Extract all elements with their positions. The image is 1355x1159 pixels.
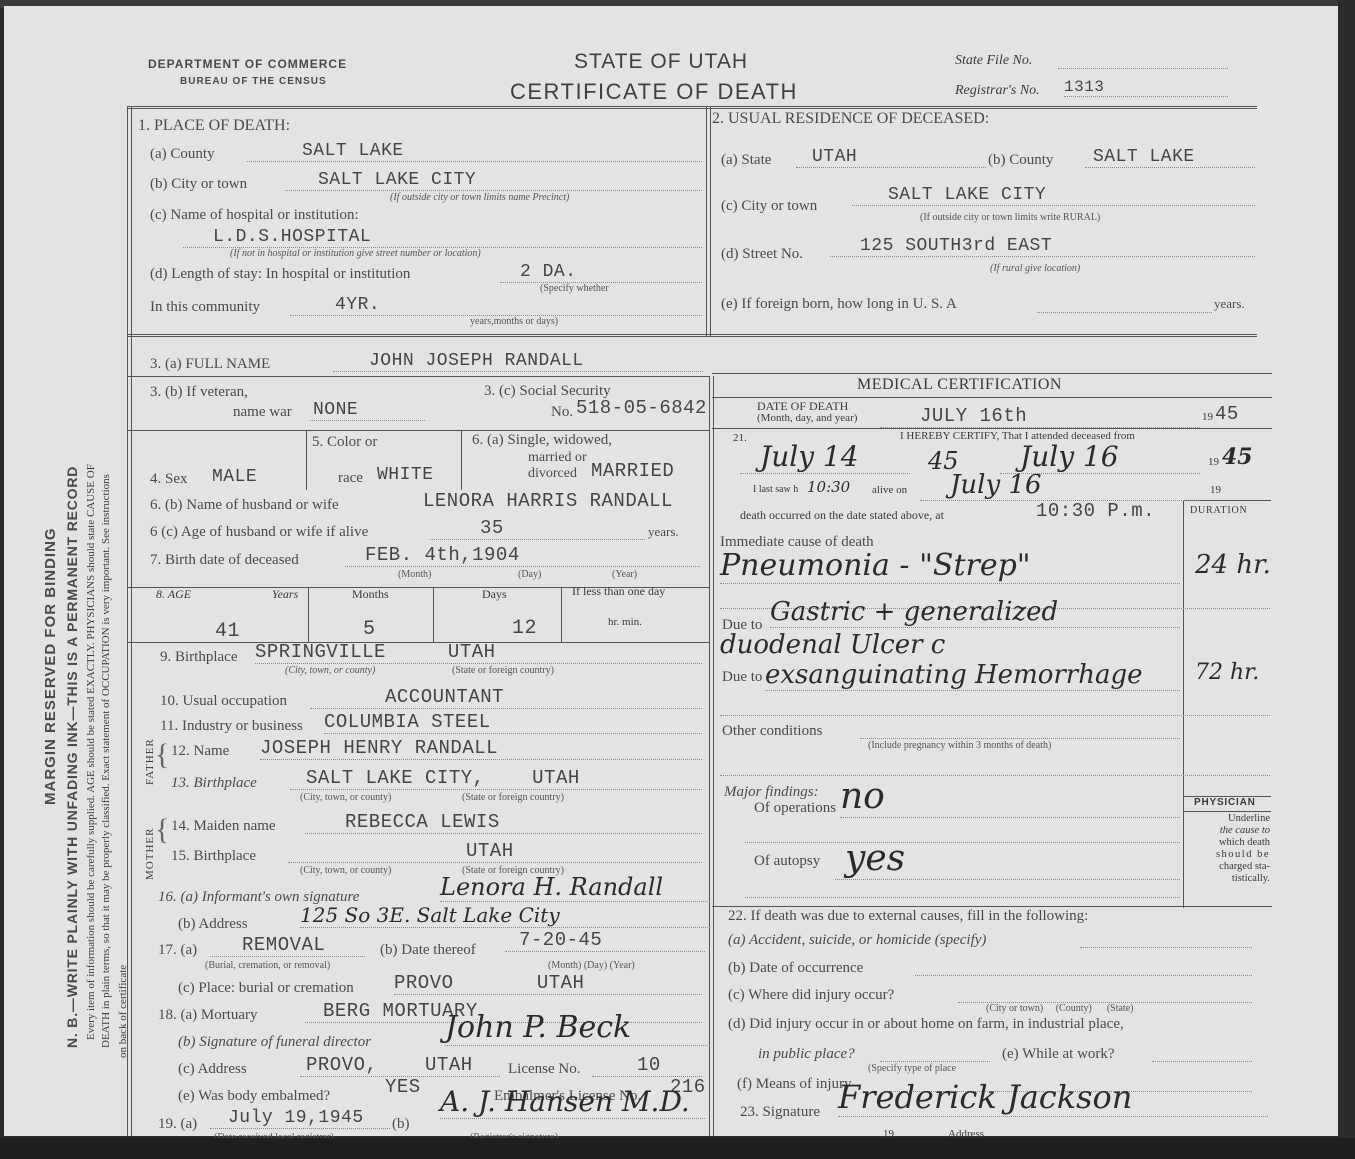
scan-right-edge (1338, 0, 1355, 1159)
divider-sec1 (127, 334, 1257, 337)
state-file-field[interactable] (1058, 54, 1228, 69)
immediate-duration[interactable]: 24 hr. (1195, 550, 1271, 580)
res-street-note: (If rural give location) (990, 263, 1080, 274)
race-field[interactable]: WHITE (377, 465, 434, 485)
dod-year-prefix: 19 (1202, 411, 1213, 423)
due-to-field-2[interactable]: exsanguinating Hemorrhage (765, 660, 1180, 691)
department-label: DEPARTMENT OF COMMERCE (148, 57, 347, 71)
veteran-field[interactable]: NONE (310, 400, 425, 421)
license-field[interactable]: 10 (592, 1054, 702, 1077)
res-street-label: (d) Street No. (721, 246, 803, 263)
father-bp-field[interactable]: SALT LAKE CITY, UTAH (290, 767, 702, 790)
external-d-label-2: in public place? (758, 1046, 855, 1063)
major-findings-label: Major findings: (724, 784, 819, 801)
res-county-label: (b) County (988, 152, 1053, 169)
rule-physician-sub (1183, 811, 1271, 812)
due-to-field-1[interactable]: Gastric + generalized (770, 597, 1180, 628)
birthplace-field[interactable]: SPRINGVILLEUTAH (255, 641, 702, 664)
informant-signature[interactable]: Lenora H. Randall (440, 873, 710, 902)
mortuary-label: 18. (a) Mortuary (158, 1007, 258, 1024)
res-county-field[interactable]: SALT LAKE (1085, 147, 1255, 168)
operations-field[interactable]: no (840, 776, 1180, 818)
external-b-field[interactable] (915, 961, 1252, 976)
physician-label: PHYSICIAN (1194, 797, 1256, 808)
divider-top-center (706, 106, 711, 336)
autopsy-extra-line[interactable] (745, 892, 1180, 898)
bureau-label: BUREAU OF THE CENSUS (180, 76, 327, 87)
rule-age-days (561, 587, 562, 642)
margin-instructions-2: DEATH in plain terms, so that it may be … (100, 474, 112, 1048)
disposition-label: 17. (a) (158, 942, 197, 959)
birthplace-city: SPRINGVILLE (255, 641, 386, 663)
external-title: 22. If death was due to external causes,… (728, 908, 1088, 925)
age-days-field[interactable]: 12 (512, 617, 537, 640)
other-conditions-label: Other conditions (722, 723, 822, 740)
rule-medical-title (712, 397, 1272, 398)
director-sig-label: (b) Signature of funeral director (178, 1034, 371, 1051)
burial-place-field[interactable]: PROVO UTAH (394, 972, 702, 995)
received-b-label: (b) (392, 1116, 410, 1133)
rule-external-top (712, 906, 1272, 907)
external-d-field[interactable] (880, 1047, 990, 1062)
disposition-date-field[interactable]: 7-20-45 (505, 929, 705, 952)
ssn-field[interactable]: 518-05-6842 (576, 397, 707, 419)
mother-name-field[interactable]: REBECCA LEWIS (305, 811, 702, 834)
rule-medical-top (712, 373, 1272, 374)
signature-label: 23. Signature (740, 1104, 820, 1121)
rule-full-name (127, 376, 709, 377)
external-d-note: (Specify type of place (868, 1063, 956, 1074)
industry-field[interactable]: COLUMBIA STEEL (324, 711, 702, 734)
margin-instructions-1: Every item of information should be care… (85, 464, 97, 1040)
res-foreign-suffix: years. (1214, 296, 1245, 312)
res-city-note: (If outside city or town limits write RU… (920, 212, 1100, 223)
rule-dod (712, 428, 1272, 429)
external-c-label: (c) Where did injury occur? (728, 987, 894, 1004)
res-city-field[interactable]: SALT LAKE CITY (852, 185, 1255, 206)
external-b-label: (b) Date of occurrence (728, 960, 863, 977)
res-state-field[interactable]: UTAH (796, 147, 986, 168)
due-to-duration-2[interactable]: 72 hr. (1195, 660, 1259, 685)
sex-field[interactable]: MALE (212, 467, 257, 487)
disposition-date-note: (Month) (Day) (Year) (548, 960, 635, 971)
margin-write-plainly-note: N. B.—WRITE PLAINLY WITH UNFADING INK—TH… (64, 466, 80, 1048)
license-label: License No. (508, 1061, 580, 1078)
duration-label: DURATION (1190, 505, 1248, 516)
res-foreign-label: (e) If foreign born, how long in U. S. A (721, 296, 957, 313)
birth-year-note: (Year) (612, 569, 637, 580)
received-date-field[interactable]: July 19,1945 (210, 1108, 390, 1129)
dod-year[interactable]: 45 (1215, 403, 1239, 425)
pod-city-note: (If outside city or town limits name Pre… (390, 192, 569, 203)
received-label: 19. (a) (158, 1116, 197, 1133)
res-city-label: (c) City or town (721, 198, 817, 215)
ssn-no-label: No. (551, 404, 573, 421)
father-name-field[interactable]: JOSEPH HENRY RANDALL (260, 737, 702, 760)
spouse-field[interactable]: LENORA HARRIS RANDALL (423, 490, 673, 512)
veteran-war-label: name war (233, 404, 292, 421)
veteran-label: 3. (b) If veteran, (150, 384, 248, 401)
pod-city-field[interactable]: SALT LAKE CITY (285, 170, 702, 191)
occupation-label: 10. Usual occupation (160, 693, 287, 710)
birth-date-label: 7. Birth date of deceased (150, 552, 299, 569)
age-label: 8. AGE (156, 587, 191, 602)
physician-note-line: should be (1192, 849, 1270, 861)
death-time-field[interactable]: 10:30 P.m. (1036, 500, 1155, 522)
physician-note-line: charged sta- (1192, 861, 1270, 873)
certificate-title: CERTIFICATE OF DEATH (510, 79, 798, 105)
rule-sex-box (306, 430, 307, 490)
birth-month-note: (Month) (398, 569, 431, 580)
birthplace-state: UTAH (448, 641, 496, 663)
external-f-label: (f) Means of injury (737, 1076, 852, 1093)
external-c-field[interactable] (958, 988, 1252, 1003)
disposition-field[interactable]: REMOVAL (210, 934, 365, 957)
mother-name-label: 14. Maiden name (171, 818, 276, 835)
director-address-field[interactable]: PROVO, UTAH (300, 1054, 500, 1077)
due-to-field-1b[interactable]: duodenal Ulcer c (720, 630, 945, 660)
external-a-label: (a) Accident, suicide, or homicide (spec… (728, 932, 986, 949)
attended-to-year[interactable]: 45 (1222, 444, 1253, 470)
registrar-signature[interactable]: A. J. Hansen M.D. (440, 1085, 705, 1119)
residence-title: 2. USUAL RESIDENCE OF DECEASED: (712, 110, 989, 128)
attended-to-year-prefix: 19 (1208, 456, 1219, 468)
immediate-cause-field[interactable]: Pneumonia - "Strep" (720, 548, 1180, 584)
embalmed-field[interactable]: YES (385, 1076, 421, 1098)
director-address-label: (c) Address (178, 1061, 247, 1078)
res-street-field[interactable]: 125 SOUTH3rd EAST (830, 236, 1255, 257)
last-saw-label: I last saw h (753, 484, 798, 495)
other-extra-line[interactable] (720, 765, 1270, 776)
sex-label: 4. Sex (150, 471, 188, 488)
age-years-label: Years (272, 587, 298, 602)
age-lt-label: If less than one day (572, 584, 665, 599)
spouse-age-field[interactable]: 35 (430, 517, 645, 540)
disposition-note: (Burial, cremation, or removal) (205, 960, 330, 971)
pod-community-field[interactable]: 4YR. (290, 295, 702, 316)
external-a-field[interactable] (1080, 933, 1252, 948)
informant-address[interactable]: 125 So 3E. Salt Lake City (300, 903, 710, 928)
age-hr-min: hr. min. (608, 616, 642, 628)
spouse-age-label: 6 (c) Age of husband or wife if alive (150, 524, 368, 541)
res-state-label: (a) State (721, 152, 771, 169)
mother-bp-label: 15. Birthplace (171, 848, 256, 865)
due-to-extra-line[interactable] (720, 705, 1270, 716)
embalmed-label: (e) Was body embalmed? (178, 1088, 330, 1105)
physician-note-line: tistically. (1192, 873, 1270, 885)
age-years-field[interactable]: 41 (215, 620, 240, 643)
race-label-1: 5. Color or (312, 434, 377, 451)
medical-title: MEDICAL CERTIFICATION (857, 376, 1062, 394)
rule-veteran (127, 430, 709, 431)
spouse-age-suffix: years. (648, 524, 679, 540)
dod-field[interactable]: JULY 16th (880, 405, 1200, 428)
director-signature[interactable]: John P. Beck (445, 1010, 710, 1046)
father-brace: { (155, 738, 169, 772)
birthplace-city-note: (City, town, or county) (285, 665, 375, 676)
spouse-label: 6. (b) Name of husband or wife (150, 497, 339, 514)
age-months-field[interactable]: 5 (363, 618, 376, 641)
father-name-label: 12. Name (171, 743, 229, 760)
birthplace-label: 9. Birthplace (160, 649, 237, 666)
burial-place-label: (c) Place: burial or cremation (178, 980, 354, 997)
alive-on-label: alive on (872, 484, 907, 496)
pod-community-note: years,months or days) (470, 316, 558, 327)
birth-date-field[interactable]: FEB. 4th,1904 (345, 544, 700, 567)
pod-hospital-note: (If not in hospital or institution give … (230, 248, 481, 259)
state-file-label: State File No. (955, 53, 1032, 69)
res-foreign-field[interactable] (1037, 298, 1212, 313)
marital-label-3: divorced (528, 466, 577, 482)
external-c-note: (City or town) (County) (State) (986, 1003, 1133, 1014)
pod-county-label: (a) County (150, 146, 215, 163)
frame-left (127, 106, 132, 1136)
physician-note-line: the cause to (1192, 825, 1270, 837)
birth-day-note: (Day) (518, 569, 541, 580)
dod-label-2: (Month, day, and year) (757, 412, 857, 424)
registrar-label: Registrar's No. (955, 83, 1040, 99)
father-bp-label: 13. Birthplace (171, 775, 257, 792)
attended-from-field[interactable]: July 14 (740, 440, 910, 474)
alive-on-year: 19 (1210, 484, 1221, 496)
race-label-2: race (338, 470, 363, 487)
physician-signature[interactable]: Frederick Jackson (838, 1078, 1268, 1117)
pod-city-label: (b) City or town (150, 176, 247, 193)
other-conditions-field[interactable] (860, 724, 1180, 739)
pod-hospital-label: (c) Name of hospital or institution: (150, 207, 359, 224)
due-to-label-2: Due to (722, 669, 762, 686)
state-title: STATE OF UTAH (574, 50, 748, 74)
alive-on-field[interactable]: July 16 (920, 470, 1200, 501)
marital-label-1: 6. (a) Single, widowed, (472, 432, 612, 449)
mother-bp-field[interactable]: UTAH (288, 840, 702, 863)
external-d-label: (d) Did injury occur in or about home on… (728, 1016, 1124, 1033)
occupation-field[interactable]: ACCOUNTANT (310, 686, 702, 709)
pod-stay-label: (d) Length of stay: In hospital or insti… (150, 266, 410, 283)
physician-note: Underline the cause to which death shoul… (1192, 813, 1270, 885)
marital-field[interactable]: MARRIED (591, 460, 674, 482)
rule-race-box (461, 430, 462, 490)
pod-stay-field[interactable]: 2 DA. (500, 262, 702, 283)
marital-label-2: married or (528, 450, 587, 466)
mother-bp-city-note: (City, town, or county) (300, 865, 391, 876)
physician-note-line: Underline (1192, 813, 1270, 825)
age-days-label: Days (482, 587, 507, 602)
father-bp-city-note: (City, town, or county) (300, 792, 391, 803)
pod-stay-note: (Specify whether (540, 283, 609, 294)
birthplace-state-note: (State or foreign country) (452, 665, 554, 676)
place-of-death-title: 1. PLACE OF DEATH: (138, 117, 290, 135)
operations-label: Of operations (754, 800, 836, 817)
external-e-label: (e) While at work? (1002, 1046, 1115, 1063)
registrar-number[interactable]: 1313 (1064, 78, 1228, 97)
scan-bottom-edge (0, 1138, 1355, 1159)
pod-hospital-field[interactable]: L.D.S.HOSPITAL (183, 227, 702, 248)
physician-note-line: which death (1192, 837, 1270, 849)
disposition-date-label: (b) Date thereof (380, 942, 476, 959)
industry-label: 11. Industry or business (160, 718, 303, 735)
age-months-label: Months (352, 587, 389, 602)
autopsy-label: Of autopsy (754, 853, 820, 870)
autopsy-field[interactable]: yes (835, 838, 1180, 880)
father-bp-state-note: (State or foreign country) (462, 792, 564, 803)
rule-duration-col (1183, 500, 1184, 908)
rule-age-years (308, 587, 309, 642)
attended-to-field[interactable]: July 16 (1000, 440, 1200, 474)
death-time-label: death occurred on the date stated above,… (740, 508, 944, 523)
rule-age-months (433, 587, 434, 642)
other-conditions-note: (Include pregnancy within 3 months of de… (868, 740, 1051, 751)
mother-brace: { (155, 813, 169, 847)
margin-binding-note: MARGIN RESERVED FOR BINDING (42, 527, 59, 805)
pod-community-label: In this community (150, 299, 260, 316)
full-name-label: 3. (a) FULL NAME (150, 356, 270, 373)
informant-address-label: (b) Address (178, 916, 248, 933)
pod-county-field[interactable]: SALT LAKE (247, 141, 702, 162)
full-name-field[interactable]: JOHN JOSEPH RANDALL (333, 351, 703, 372)
external-e-field[interactable] (1152, 1047, 1252, 1062)
last-saw-time[interactable]: 10:30 (807, 478, 850, 496)
frame-top (127, 106, 1257, 109)
